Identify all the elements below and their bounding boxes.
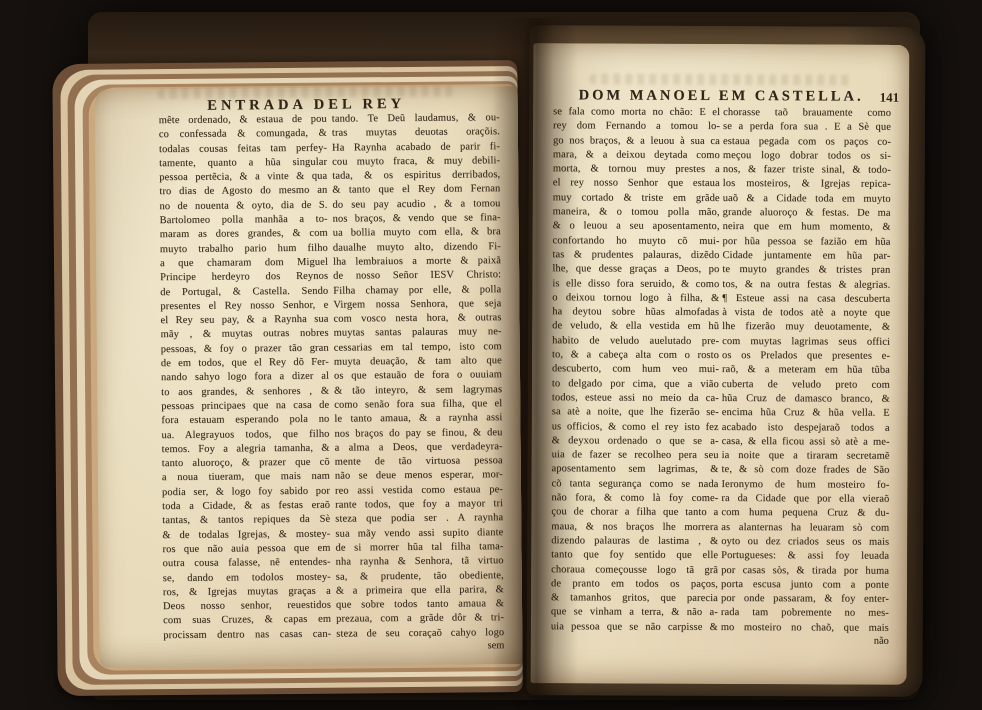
text-line: com vosco nesta hora, & outras [333, 311, 501, 327]
text-line: não fora, & como là foy come- [551, 491, 718, 506]
text-line: ros que não auia pessoa que em [162, 542, 330, 558]
text-line: sa atè a noite, que lhe fizerão se- [552, 405, 719, 420]
text-line: tras muytas deuotas oraçõis. [332, 125, 500, 141]
text-line: fora estauam esperando pola no [161, 413, 329, 429]
text-line: nos braços, & vendo que se fina- [333, 211, 501, 227]
text-line: à vista de todos atè a noyte que [722, 306, 890, 321]
text-line: com muytas lagrimas seus offici [722, 335, 890, 350]
right-page: DOM MANOEL EM CASTELLA. 141 se fala como… [531, 43, 910, 685]
text-line: ia noite que a tiraram secretamẽ [722, 449, 890, 464]
text-line: porta escusa junto com a ponte [721, 578, 889, 593]
text-line: tanto que foy sentido que elle [551, 548, 718, 563]
catchword: sem [336, 640, 504, 652]
text-line: todos, esteue assi no meio da ca- [552, 391, 719, 406]
text-line: temos. Foy a alegria tamanha, & [162, 441, 330, 457]
text-line: neira que em hum momento, & [723, 220, 891, 235]
text-line: a alma a Deos, que verdadeyra- [335, 440, 503, 456]
text-line: rey dom Fernando a tomou lo- [553, 120, 720, 135]
text-line: a que chamaram dom Miguel [160, 256, 328, 272]
text-line: presentes el Rey nosso Senhor, e [160, 299, 328, 315]
text-line: nha raynha & Senhora, tã virtuo [336, 554, 504, 570]
text-line: procissam dentro nas casas can- [163, 627, 331, 643]
show-through-ghost [590, 73, 853, 85]
text-line: uia pessoa que se não carpisse & [551, 620, 718, 635]
text-line: go nos braços, & a leuou à sua ca [553, 134, 720, 149]
text-line: & tamanhos gritos, que parecia [551, 591, 718, 606]
right-page-unit: DOM MANOEL EM CASTELLA. 141 se fala como… [527, 25, 926, 697]
text-line: nando sahyo logo fora a dizer al [161, 370, 329, 386]
text-line: lhe, que desse graças a Deos, po [552, 263, 719, 278]
running-head-right: DOM MANOEL EM CASTELLA. [533, 87, 909, 106]
text-line: acabado isto despejaraõ todos a [722, 421, 890, 436]
text-line: mara, & a deixou deytada como [553, 148, 720, 163]
text-line: uaõ & a Cidade toda em muyto [723, 192, 891, 207]
text-line: por casas sòs, & tirada por huma [721, 563, 889, 578]
text-line: los mosteiros, & Igrejas repica- [723, 177, 891, 192]
text-line: no de nouenta & oyto, dia de S. [159, 198, 327, 214]
text-line: de veludo, & ella vestida em hũ [552, 320, 719, 335]
text-line: te, & sò com doze frades de São [721, 463, 889, 478]
text-line: tando. Te Deũ laudamus, & ou- [332, 111, 500, 127]
text-line: habito de veludo auelutado pre- [552, 334, 719, 349]
text-line: do seu pay acudio , & a tomou [332, 197, 500, 213]
text-line: & tão inteyro, & sem lagrymas [334, 383, 502, 399]
text-line: sua mãy vendo assi supito diante [335, 526, 503, 542]
text-line: os que estauão de fora o ouuiam [334, 368, 502, 384]
text-line: mête ordenado, & estaua de pou [159, 113, 327, 129]
text-line: tanto aluoroço, & prazer que cõ [162, 456, 330, 472]
text-line: & o leuou a seu aposentamento, [553, 220, 720, 235]
text-line: de pranto em todos os paços, [551, 577, 718, 592]
text-line: rante todos, que foy a mayor tri [335, 497, 503, 513]
text-line: Cidade juntamente em hũa par- [722, 249, 890, 264]
text-line: steza que podia ser . A raynha [335, 511, 503, 527]
text-line: sa, & prudente, tão obediente, [336, 569, 504, 585]
text-line: & tanto que el Rey dom Fernan [332, 183, 500, 199]
text-line: oyto ou dez criados seus os mais [721, 535, 889, 550]
text-line: maua, & nos braços lhe morrera [551, 520, 718, 535]
text-line: as alanternas ha leuaram sò com [721, 521, 889, 536]
text-line: el Rey seu pay, & a Raynha sua [160, 313, 328, 329]
text-line: muyta deuação, & tam alto que [334, 354, 502, 370]
text-line: confortando ho muyto cõ mui- [552, 234, 719, 249]
text-line: cou muyto fraca, & muy debili- [332, 154, 500, 170]
text-line: Filha chamay por elle, & polla [333, 283, 501, 299]
text-line: tro dias de Agosto do mesmo an [159, 184, 327, 200]
text-column-left-1: mête ordenado, & estaua de pouco confess… [159, 113, 332, 643]
text-line: reo assi vestida como estaua pe- [335, 483, 503, 499]
text-line: tos, & na outra festas & alegrias. [722, 278, 890, 293]
text-line: maneira, & o tomou polla mão, [553, 205, 720, 220]
text-line: maram as dores grandes, & com [160, 227, 328, 243]
text-line: mo mosteiro no chaõ, que mais [721, 621, 889, 636]
text-line: lha lembraiuos a morte & paixã [333, 254, 501, 270]
text-line: le tanto amaua, & a raynha assi [334, 411, 502, 427]
text-line: Deos nosso senhor, reuestidos [163, 599, 331, 615]
text-line: mente de tão virtuosa pessoa [335, 454, 503, 470]
text-line: to aos grandes, & senhores , & [161, 384, 329, 400]
text-line: de nosso Señor IESV Christo: [333, 268, 501, 284]
text-line: aposentamento sem lagrimas, & [551, 463, 718, 478]
text-line: de si morrer hũa tal filha tama- [335, 540, 503, 556]
text-line: raõ, & a meteram em hũa tũba [722, 363, 890, 378]
text-line: muyto trabalho pario hum filho [160, 241, 328, 257]
text-line: & deyxou ordenado o que se a- [552, 434, 719, 449]
text-line: rada tam pobremente no mes- [721, 606, 889, 621]
text-line: is elle disso fora seruido, & como [552, 277, 719, 292]
text-line: por onde passaram, & foy enter- [721, 592, 889, 607]
text-line: estaua pegada com os paços co- [723, 135, 891, 150]
text-line: descuberto, com hum veo mui- [552, 363, 719, 378]
photo-background: ENTRADA DEL REY mête ordenado, & estaua … [0, 0, 982, 710]
text-line: nos, & fazer triste sinal, & todo- [723, 163, 891, 178]
text-line: Bartolomeo polla manhãa a to- [160, 213, 328, 229]
text-line: como senão fora sua filha, que el [334, 397, 502, 413]
text-line: encima hũa Cruz & hũa vella. E [722, 406, 890, 421]
text-line: te muyto grandes & tristes pran [722, 263, 890, 278]
text-line: muy cortado & triste em grãde [553, 191, 720, 206]
text-line: todalas cousas feitas tam perfey- [159, 141, 327, 157]
text-line: morta, & tornou muy prestes a [553, 162, 720, 177]
text-line: co confessada & comungada, & [159, 127, 327, 143]
text-line: a noua tiueram, que mais nam [162, 470, 330, 486]
text-line: daualhe muyto alto, dizendo Fi- [333, 240, 501, 256]
text-line: to, & a cabeça alta com o rosto [552, 348, 719, 363]
text-line: se, dando em todolos mostey- [163, 570, 331, 586]
text-line: lhe fizerão muy deuotamente, & [722, 320, 890, 335]
left-page: ENTRADA DEL REY mête ordenado, & estaua … [94, 86, 522, 668]
text-line: ha deytou sobre hũas almofadas [552, 305, 719, 320]
text-line: hũa Cruz de damasco branco, & [722, 392, 890, 407]
text-line: cõ tanta segurança como se nada [551, 477, 718, 492]
text-line: pessoas, & foy o prazer tão gran [161, 341, 329, 357]
text-line: chorasse taõ brauamente como [723, 106, 891, 121]
text-line: Ieronymo de hum mosteiro fo- [721, 478, 889, 493]
text-line: ua bollia muyto com ella, & bra [333, 226, 501, 242]
text-line: Principe herdeyro dos Reynos [160, 270, 328, 286]
text-line: toda a Cidade, & as festas eraõ [162, 499, 330, 515]
text-line: ra da Cidade que por ella vieraõ [721, 492, 889, 507]
text-line: to delgado por cima, que a vião [552, 377, 719, 392]
text-line: Virgem nossa Senhora, que seja [333, 297, 501, 313]
text-line: ¶ Esteue assi na casa descuberta [722, 292, 890, 307]
text-line: us officios, & como el rey isto fez [552, 420, 719, 435]
text-line: pessoas principaes que na casa de [161, 399, 329, 415]
text-line: tantas, & tantos repiques da Sè [162, 513, 330, 529]
text-line: ua. Alegrayuos todos, que filho [161, 427, 329, 443]
text-line: tada, & os espiritus derribados, [332, 168, 500, 184]
text-line: outra cousa falasse, nẽ entendes- [163, 556, 331, 572]
text-line: nos braços do pay se finou, & deu [334, 426, 502, 442]
text-line: choraua começousse logo tã grã [551, 563, 718, 578]
text-line: meçou logo dobrar todos os si- [723, 149, 891, 164]
text-line: çou de chorar a filha que tanto a [551, 506, 718, 521]
text-line: se fala como morta no chão: E el [553, 105, 720, 120]
text-line: ros, & Igrejas muytas graças a [163, 584, 331, 600]
text-line: o deixou tornou logo à filha, & [552, 291, 719, 306]
text-line: cuberta de veludo preto com [722, 378, 890, 393]
text-line: dizendo palauras de lastima , & [551, 534, 718, 549]
text-line: de em todos, que el Rey dõ Fer- [161, 356, 329, 372]
text-line: de Portugal, & Castella. Sendo [160, 284, 328, 300]
text-line: muytas santas palauras muy ne- [334, 326, 502, 342]
text-line: mãy , & muytas outras nobres [161, 327, 329, 343]
text-line: & de todalas Igrejas, & mostey- [162, 527, 330, 543]
text-line: que se vinham a terra, & não a- [551, 606, 718, 621]
text-line: tas & prudentes palauras, dizẽdo [552, 248, 719, 263]
text-line: steza de seu coraçaõ cahyo logo [336, 626, 504, 642]
text-line: pessoa pertẽcia, & a vinte & qua [159, 170, 327, 186]
text-line: por hũa pessoa se fazião em hũa [722, 235, 890, 250]
text-line: os os Prelados que presentes e- [722, 349, 890, 364]
text-line: cessarias em tal tempo, isto com [334, 340, 502, 356]
text-line: podia ser, & logo foy sabido por [162, 484, 330, 500]
text-line: prezaua, com a grãde dôr & tri- [336, 612, 504, 628]
text-line: que sobre todos tanto amaua & [336, 597, 504, 613]
text-line: & a primeira que ella parira, & [336, 583, 504, 599]
text-line: uia de fazer se recolheo pera seu [552, 448, 719, 463]
text-line: se a perda fora sua . E a Sè que [723, 120, 891, 135]
text-line: com suas Cruzes, & capas em [163, 613, 331, 629]
text-line: el rey nosso Senhor que estaua [553, 177, 720, 192]
left-page-unit: ENTRADA DEL REY mête ordenado, & estaua … [52, 50, 528, 702]
text-column-right-1: se fala como morta no chão: E elrey dom … [551, 105, 720, 635]
text-line: Ha Raynha acabado de parir fi- [332, 140, 500, 156]
text-line: não se deue menos esperar, mor- [335, 469, 503, 485]
text-line: tamente, quanto a hũa singular [159, 156, 327, 172]
text-line: com huma pequena Cruz & du- [721, 506, 889, 521]
text-column-left-2: tando. Te Deũ laudamus, & ou-tras muytas… [332, 111, 505, 641]
page-number: 141 [880, 90, 900, 106]
text-column-right-2: chorasse taõ brauamente comose a perda f… [721, 106, 891, 636]
text-line: Portugueses: & assi foy leuada [721, 549, 889, 564]
text-line: grande aluoroço & festas. De ma [723, 206, 891, 221]
catchword: não [721, 635, 889, 647]
text-line: casa, & ella ficou assi sò atè a me- [722, 435, 890, 450]
